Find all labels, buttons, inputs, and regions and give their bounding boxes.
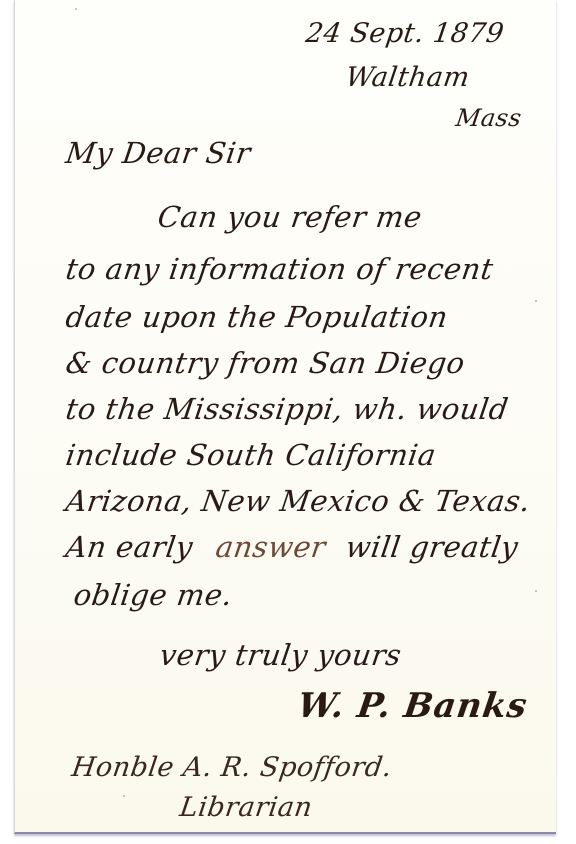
body-line-8b-faded: answer — [214, 530, 328, 564]
letter-date: 24 Sept. 1879 — [304, 18, 506, 49]
recipient-name: Honble A. R. Spofford. — [70, 752, 394, 783]
signature: W. P. Banks — [295, 686, 530, 726]
complimentary-close: very truly yours — [158, 638, 404, 672]
paper-speck — [535, 300, 537, 302]
body-line-4: & country from San Diego — [64, 346, 468, 380]
body-line-1: Can you refer me — [156, 200, 425, 234]
body-line-8a: An early — [64, 530, 196, 564]
body-line-6: include South California — [64, 438, 439, 472]
salutation: My Dear Sir — [64, 136, 253, 170]
body-line-5: to the Mississippi, wh. would — [64, 392, 511, 426]
paper-speck — [123, 795, 125, 797]
body-line-3: date upon the Population — [64, 300, 451, 334]
letter-place-city: Waltham — [344, 62, 472, 93]
paper-speck — [75, 8, 77, 10]
body-line-8c: will greatly — [344, 530, 521, 564]
paper-speck — [535, 590, 537, 592]
letter-place-state: Mass — [454, 104, 523, 132]
body-line-2: to any information of recent — [64, 252, 496, 286]
body-line-9: oblige me. — [72, 578, 235, 612]
body-line-7: Arizona, New Mexico & Texas. — [64, 484, 533, 518]
recipient-title: Librarian — [178, 792, 315, 823]
